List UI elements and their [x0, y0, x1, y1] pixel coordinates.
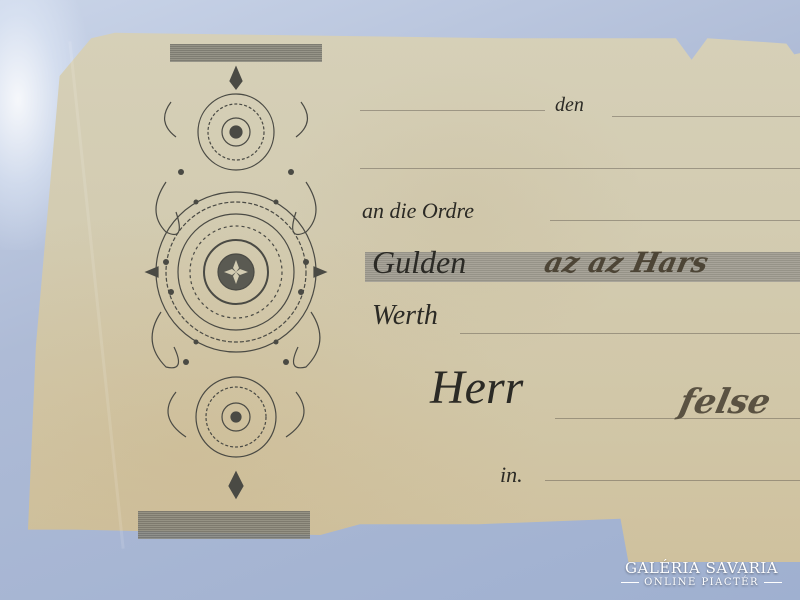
top-engraved-bar — [170, 44, 322, 62]
date-prefix-label: den — [555, 94, 584, 117]
watermark-title: GALÉRIA SAVARIA — [621, 559, 782, 577]
order-label: an die Ordre — [362, 198, 474, 224]
place-label: in. — [500, 462, 523, 488]
currency-label: Gulden — [372, 244, 466, 281]
payee-label: Herr — [430, 360, 523, 415]
ruled-line — [360, 168, 800, 169]
handwritten-amount: az az Hars — [541, 246, 711, 279]
ornamental-rosette-icon — [136, 62, 336, 502]
value-label: Werth — [372, 300, 438, 332]
handwritten-payee: felse — [676, 382, 774, 422]
value-line — [460, 333, 800, 334]
ruled-line — [360, 110, 545, 111]
gallery-watermark: GALÉRIA SAVARIA ONLINE PIACTÉR — [621, 559, 782, 588]
place-line — [545, 480, 800, 481]
order-line — [550, 220, 800, 221]
bottom-engraved-bar — [138, 511, 310, 539]
watermark-subtitle: ONLINE PIACTÉR — [621, 577, 782, 588]
date-line — [612, 116, 800, 117]
